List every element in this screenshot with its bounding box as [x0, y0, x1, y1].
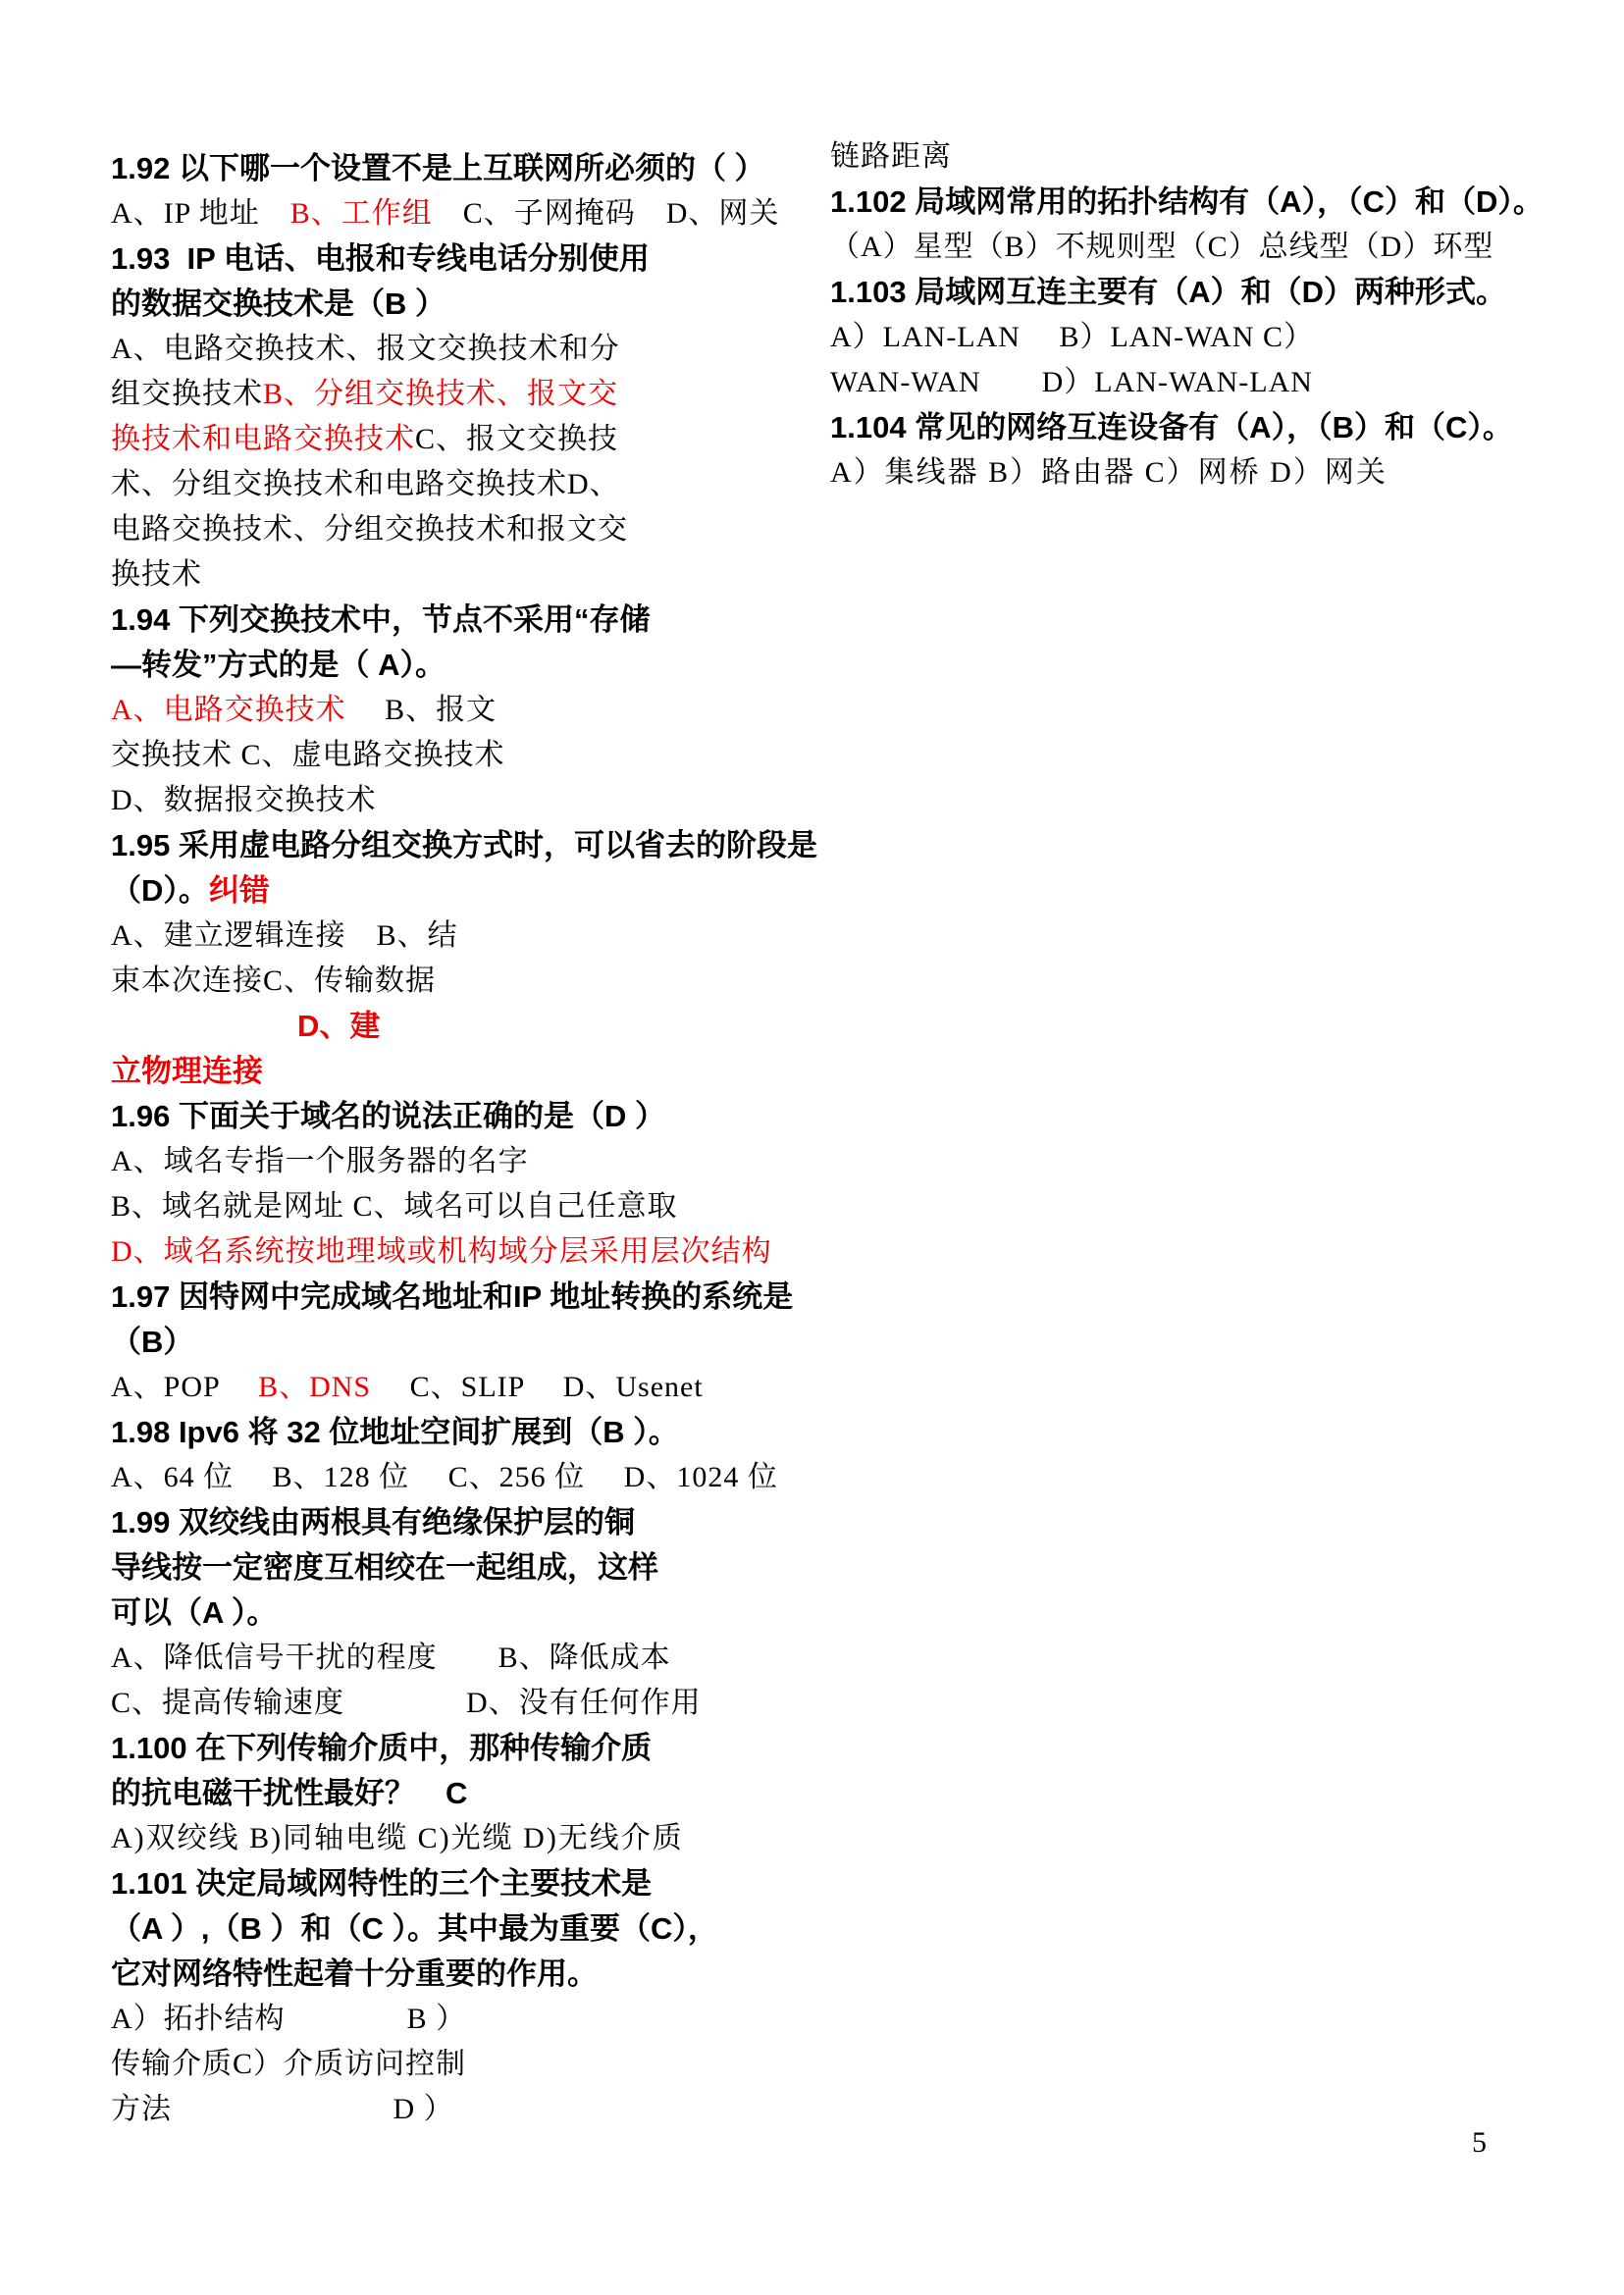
- right-column: 链路距离1.102 局域网常用的拓扑结构有（A），（C）和（D）。（A）星型（B…: [830, 134, 1544, 496]
- text-line: （A ）,（B ）和（C ）。其中最为重要（C），: [111, 1906, 817, 1952]
- text-segment: D、数据报交换技术: [111, 784, 377, 816]
- text-line: D、域名系统按地理域或机构域分层采用层次结构: [111, 1229, 817, 1275]
- text-segment: A）集线器 B）路由器 C）网桥 D）网关: [830, 456, 1388, 489]
- text-line: A、POP B、DNS C、SLIP D、Usenet: [111, 1365, 817, 1410]
- text-segment: B、工作组: [290, 197, 433, 230]
- text-line: 换技术: [111, 552, 817, 598]
- text-line: A、64 位 B、128 位 C、256 位 D、1024 位: [111, 1455, 817, 1500]
- text-line: A）拓扑结构 B ）: [111, 1997, 817, 2042]
- text-line: 立物理连接: [111, 1049, 817, 1094]
- text-line: A、建立逻辑连接 B、结: [111, 913, 817, 959]
- text-segment: （A）星型（B）不规则型（C）总线型（D）环型: [830, 231, 1493, 263]
- text-line: 1.100 在下列传输介质中，那种传输介质: [111, 1726, 817, 1771]
- text-segment: 1.99 双绞线由两根具有绝缘保护层的铜: [111, 1505, 635, 1539]
- text-line: 1.104 常见的网络互连设备有（A），（B）和（C）。: [830, 405, 1544, 450]
- page-number: 5: [1472, 2126, 1487, 2160]
- text-segment: A、建立逻辑连接 B、结: [111, 919, 458, 952]
- text-segment: 束本次连接C、传输数据: [111, 965, 436, 997]
- text-line: WAN-WAN D）LAN-WAN-LAN: [830, 360, 1544, 405]
- text-line: A、IP 地址 B、工作组 C、子网掩码 D、网关: [111, 191, 817, 236]
- text-segment: C、提高传输速度 D、没有任何作用: [111, 1687, 702, 1719]
- text-line: 1.96 下面关于域名的说法正确的是（D ）: [111, 1094, 817, 1139]
- text-line: A、电路交换技术、报文交换技术和分: [111, 327, 817, 372]
- text-segment: 术、分组交换技术和电路交换技术D、: [111, 468, 620, 500]
- text-segment: 1.100 在下列传输介质中，那种传输介质: [111, 1731, 652, 1765]
- text-segment: 链路距离: [830, 140, 952, 173]
- left-column: 1.92 以下哪一个设置不是上互联网所必须的（ ）A、IP 地址 B、工作组 C…: [111, 146, 817, 2132]
- text-segment: D、域名系统按地理域或机构域分层采用层次结构: [111, 1235, 772, 1268]
- text-segment: A、IP 地址: [111, 197, 290, 230]
- text-segment: 1.101 决定局域网特性的三个主要技术是: [111, 1866, 652, 1901]
- text-segment: A、电路交换技术、报文交换技术和分: [111, 333, 620, 365]
- document-page: 1.92 以下哪一个设置不是上互联网所必须的（ ）A、IP 地址 B、工作组 C…: [0, 0, 1624, 2295]
- text-segment: 1.93 IP 电话、电报和专线电话分别使用: [111, 241, 650, 276]
- text-line: 导线按一定密度互相绞在一起组成，这样: [111, 1545, 817, 1591]
- text-segment: A、域名专指一个服务器的名字: [111, 1145, 529, 1177]
- text-segment: （A ）,（B ）和（C ）。其中最为重要（C），: [111, 1911, 718, 1946]
- text-segment: 1.97 因特网中完成域名地址和IP 地址转换的系统是: [111, 1279, 793, 1314]
- text-line: 1.101 决定局域网特性的三个主要技术是: [111, 1861, 817, 1906]
- text-line: 换技术和电路交换技术C、报文交换技: [111, 417, 817, 462]
- text-segment: 导线按一定密度互相绞在一起组成，这样: [111, 1550, 658, 1585]
- text-segment: A)双绞线 B)同轴电缆 C)光缆 D)无线介质: [111, 1822, 684, 1854]
- text-segment: 换技术和电路交换技术: [111, 423, 415, 455]
- text-segment: B、报文: [346, 694, 498, 726]
- text-line: 1.93 IP 电话、电报和专线电话分别使用: [111, 236, 817, 282]
- text-segment: 组交换技术: [111, 378, 263, 410]
- text-line: 1.99 双绞线由两根具有绝缘保护层的铜: [111, 1500, 817, 1545]
- text-segment: WAN-WAN D）LAN-WAN-LAN: [830, 366, 1313, 398]
- text-segment: 电路交换技术、分组交换技术和报文交: [111, 513, 628, 546]
- text-line: 1.103 局域网互连主要有（A）和（D）两种形式。: [830, 270, 1544, 315]
- text-segment: 交换技术 C、虚电路交换技术: [111, 739, 505, 771]
- text-segment: 立物理连接: [111, 1054, 263, 1088]
- text-segment: 它对网络特性起着十分重要的作用。: [111, 1956, 598, 1991]
- text-segment: —转发”方式的是（ A）。: [111, 648, 445, 682]
- text-line: 电路交换技术、分组交换技术和报文交: [111, 507, 817, 552]
- text-line: 的抗电磁干扰性最好？ C: [111, 1771, 817, 1816]
- text-line: 方法 D ）: [111, 2087, 817, 2132]
- text-segment: D、建: [297, 1009, 380, 1043]
- text-line: 1.102 局域网常用的拓扑结构有（A），（C）和（D）。: [830, 180, 1544, 225]
- text-segment: B、域名就是网址 C、域名可以自己任意取: [111, 1190, 678, 1223]
- text-line: 1.97 因特网中完成域名地址和IP 地址转换的系统是: [111, 1275, 817, 1320]
- text-line: A、降低信号干扰的程度 B、降低成本: [111, 1636, 817, 1681]
- text-line: A）集线器 B）路由器 C）网桥 D）网关: [830, 450, 1544, 496]
- text-segment: C、SLIP D、Usenet: [371, 1371, 704, 1403]
- text-segment: 的抗电磁干扰性最好？ C: [111, 1776, 467, 1810]
- text-line: D、建: [111, 1004, 817, 1049]
- text-line: 传输介质C）介质访问控制: [111, 2042, 817, 2087]
- text-line: A）LAN-LAN B）LAN-WAN C）: [830, 315, 1544, 360]
- text-line: A)双绞线 B)同轴电缆 C)光缆 D)无线介质: [111, 1816, 817, 1861]
- text-segment: 的数据交换技术是（B ）: [111, 287, 445, 321]
- text-line: 交换技术 C、虚电路交换技术: [111, 733, 817, 778]
- text-segment: 1.96 下面关于域名的说法正确的是（D ）: [111, 1099, 665, 1133]
- text-line: （B）: [111, 1320, 817, 1365]
- text-line: （D）。纠错: [111, 868, 817, 913]
- text-segment: A）LAN-LAN B）LAN-WAN C）: [830, 321, 1314, 353]
- text-segment: （D）。: [111, 873, 209, 908]
- text-segment: A、64 位 B、128 位 C、256 位 D、1024 位: [111, 1461, 778, 1493]
- text-line: 它对网络特性起着十分重要的作用。: [111, 1952, 817, 1997]
- text-line: 束本次连接C、传输数据: [111, 959, 817, 1004]
- text-line: 1.94 下列交换技术中，节点不采用“存储: [111, 598, 817, 643]
- text-segment: 1.104 常见的网络互连设备有（A），（B）和（C）。: [830, 410, 1513, 444]
- text-segment: 1.95 采用虚电路分组交换方式时，可以省去的阶段是: [111, 828, 817, 862]
- text-segment: C、报文交换技: [415, 423, 618, 455]
- text-segment: 1.94 下列交换技术中，节点不采用“存储: [111, 602, 650, 637]
- text-segment: 纠错: [209, 873, 270, 908]
- text-segment: A）拓扑结构 B ）: [111, 2003, 466, 2035]
- text-line: A、电路交换技术 B、报文: [111, 688, 817, 733]
- text-line: 可以（A ）。: [111, 1591, 817, 1636]
- text-segment: 1.103 局域网互连主要有（A）和（D）两种形式。: [830, 275, 1506, 309]
- text-line: A、域名专指一个服务器的名字: [111, 1139, 817, 1184]
- text-segment: A、电路交换技术: [111, 694, 346, 726]
- text-segment: 可以（A ）。: [111, 1595, 277, 1630]
- text-segment: 1.102 局域网常用的拓扑结构有（A），（C）和（D）。: [830, 184, 1544, 219]
- text-segment: A、降低信号干扰的程度 B、降低成本: [111, 1642, 671, 1674]
- text-line: （A）星型（B）不规则型（C）总线型（D）环型: [830, 225, 1544, 270]
- text-segment: B、DNS: [258, 1371, 371, 1403]
- text-segment: （B）: [111, 1325, 193, 1359]
- text-line: 术、分组交换技术和电路交换技术D、: [111, 462, 817, 507]
- text-segment: A、POP: [111, 1371, 258, 1403]
- text-line: 1.98 Ipv6 将 32 位地址空间扩展到（B ）。: [111, 1410, 817, 1455]
- text-line: 的数据交换技术是（B ）: [111, 282, 817, 327]
- text-segment: 1.92 以下哪一个设置不是上互联网所必须的（ ）: [111, 151, 765, 185]
- text-segment: C、子网掩码 D、网关: [433, 197, 780, 230]
- text-segment: B、分组交换技术、报文交: [263, 378, 618, 410]
- text-line: 链路距离: [830, 134, 1544, 180]
- text-segment: 换技术: [111, 558, 202, 591]
- text-segment: 传输介质C）介质访问控制: [111, 2048, 466, 2080]
- text-line: D、数据报交换技术: [111, 778, 817, 823]
- text-line: 1.95 采用虚电路分组交换方式时，可以省去的阶段是: [111, 823, 817, 868]
- text-segment: 1.98 Ipv6 将 32 位地址空间扩展到（B ）。: [111, 1415, 679, 1449]
- text-segment: 方法 D ）: [111, 2093, 454, 2125]
- text-line: —转发”方式的是（ A）。: [111, 643, 817, 688]
- text-line: 1.92 以下哪一个设置不是上互联网所必须的（ ）: [111, 146, 817, 191]
- text-line: B、域名就是网址 C、域名可以自己任意取: [111, 1184, 817, 1229]
- text-line: C、提高传输速度 D、没有任何作用: [111, 1681, 817, 1726]
- text-line: 组交换技术B、分组交换技术、报文交: [111, 372, 817, 417]
